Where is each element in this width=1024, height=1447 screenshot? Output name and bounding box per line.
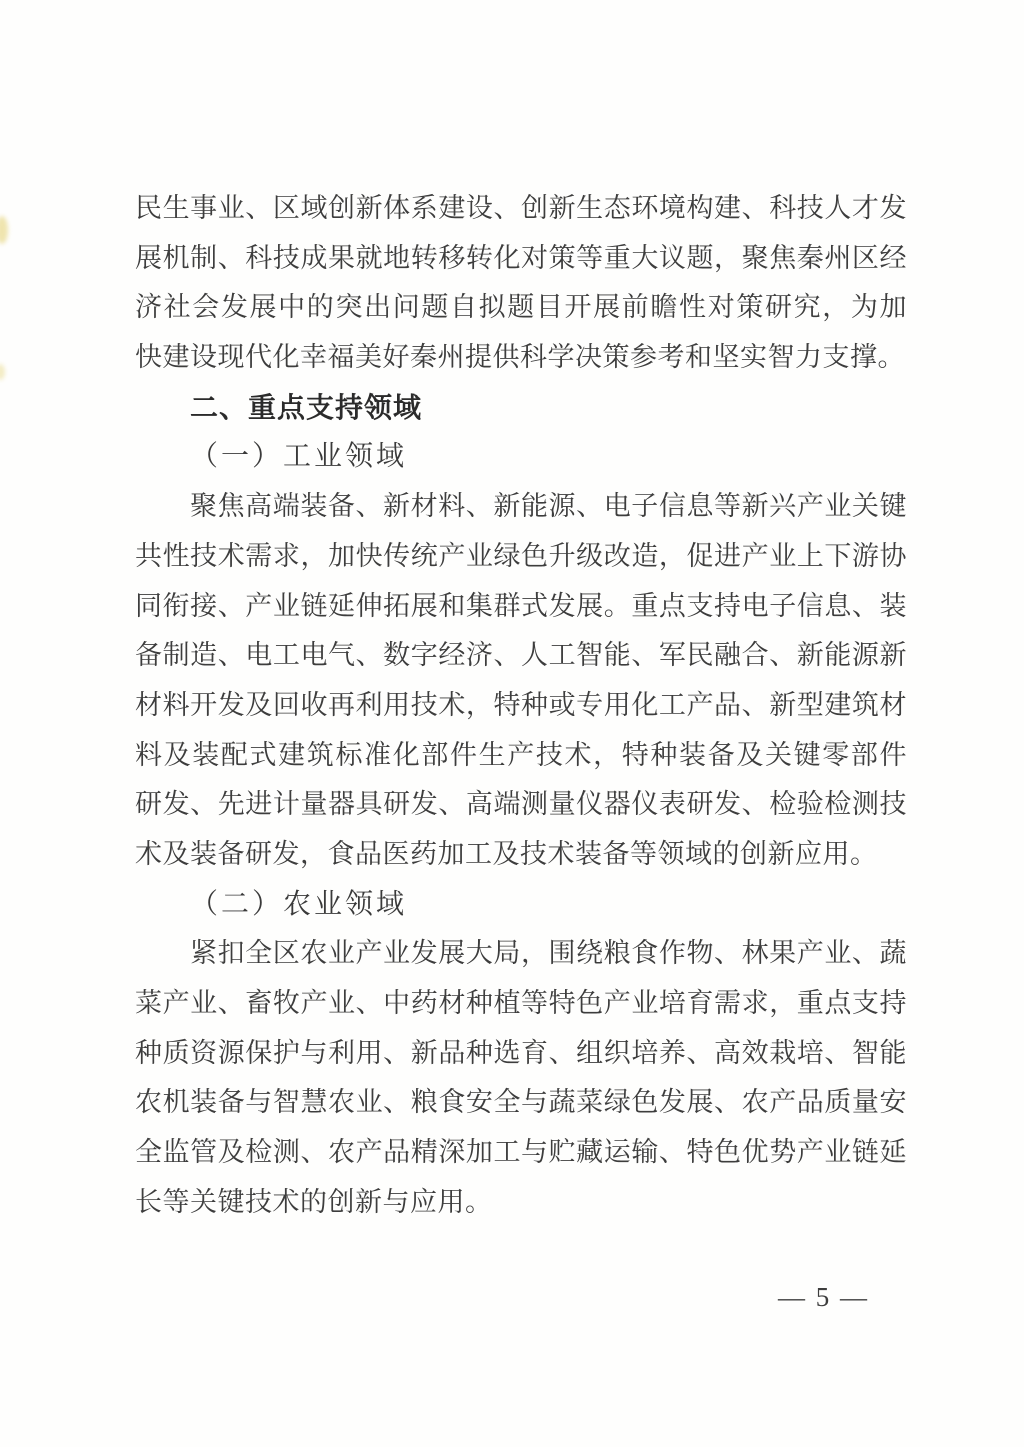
body-line: 聚焦高端装备、新材料、新能源、电子信息等新兴产业关键	[135, 482, 907, 532]
body-line: 料及装配式建筑标准化部件生产技术，特种装备及关键零部件	[135, 731, 907, 781]
body-line: 菜产业、畜牧产业、中药材种植等特色产业培育需求，重点支持	[135, 979, 907, 1029]
body-line: 术及装备研发，食品医药加工及技术装备等领域的创新应用。	[135, 830, 907, 880]
subsection-heading-agriculture: （二）农业领域	[135, 880, 907, 930]
body-line: 全监管及检测、农产品精深加工与贮藏运输、特色优势产业链延	[135, 1128, 907, 1178]
body-line: 共性技术需求，加快传统产业绿色升级改造，促进产业上下游协	[135, 532, 907, 582]
section-heading: 二、重点支持领域	[135, 383, 907, 433]
body-line: 研发、先进计量器具研发、高端测量仪器仪表研发、检验检测技	[135, 780, 907, 830]
body-line: 农机装备与智慧农业、粮食安全与蔬菜绿色发展、农产品质量安	[135, 1078, 907, 1128]
subsection-heading-industry: （一）工业领域	[135, 432, 907, 482]
body-line: 紧扣全区农业产业发展大局，围绕粮食作物、林果产业、蔬	[135, 929, 907, 979]
body-line: 长等关键技术的创新与应用。	[135, 1178, 907, 1228]
body-line: 快建设现代化幸福美好秦州提供科学决策参考和坚实智力支撑。	[135, 333, 907, 383]
scan-smudge-artifact	[0, 216, 8, 244]
document-page: 民生事业、区域创新体系建设、创新生态环境构建、科技人才发 展机制、科技成果就地转…	[0, 0, 1024, 1447]
body-line: 种质资源保护与利用、新品种选育、组织培养、高效栽培、智能	[135, 1029, 907, 1079]
scan-smudge-artifact	[0, 364, 5, 380]
body-line: 民生事业、区域创新体系建设、创新生态环境构建、科技人才发	[135, 184, 907, 234]
body-line: 展机制、科技成果就地转移转化对策等重大议题，聚焦秦州区经	[135, 234, 907, 284]
body-line: 济社会发展中的突出问题自拟题目开展前瞻性对策研究，为加	[135, 283, 907, 333]
document-body: 民生事业、区域创新体系建设、创新生态环境构建、科技人才发 展机制、科技成果就地转…	[135, 184, 907, 1227]
body-line: 同衔接、产业链延伸拓展和集群式发展。重点支持电子信息、装	[135, 582, 907, 632]
page-number: — 5 —	[778, 1281, 869, 1313]
body-line: 备制造、电工电气、数字经济、人工智能、军民融合、新能源新	[135, 631, 907, 681]
body-line: 材料开发及回收再利用技术，特种或专用化工产品、新型建筑材	[135, 681, 907, 731]
